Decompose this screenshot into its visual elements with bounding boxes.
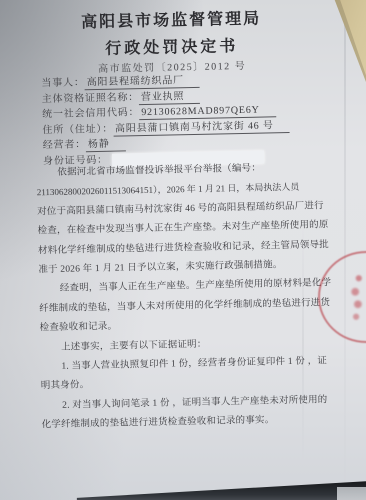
- field-value: 高阳县程瑶纺织品厂: [85, 74, 200, 90]
- field-label: 统一社会信用代码：: [42, 107, 139, 120]
- header-fields: 当事人：高阳县程瑶纺织品厂 主体资格证照名称：营业执照 统一社会信用代码：921…: [41, 70, 344, 170]
- field-value: 杨静: [86, 138, 126, 153]
- field-label: 经营者：: [43, 140, 86, 152]
- field-value: 营业执照: [139, 89, 200, 104]
- seal-text-marks: [348, 272, 366, 324]
- document-photo: 高阳县市场监督管理局 行政处罚决定书 高市监处罚〔2025〕2012 号 当事人…: [0, 0, 366, 500]
- field-label: 主体资格证照名称：: [42, 92, 139, 105]
- document-content: 高阳县市场监督管理局 行政处罚决定书 高市监处罚〔2025〕2012 号 当事人…: [0, 0, 366, 500]
- field-label: 当事人：: [41, 77, 84, 89]
- field-label: 住所（住址）：: [42, 123, 113, 135]
- agency-title: 高阳县市场监督管理局: [0, 4, 347, 34]
- body-text: 依据河北省市场监督投诉举报平台举报（编号： 211306280020260115…: [36, 158, 344, 436]
- desk-corner-patch: [337, 487, 366, 500]
